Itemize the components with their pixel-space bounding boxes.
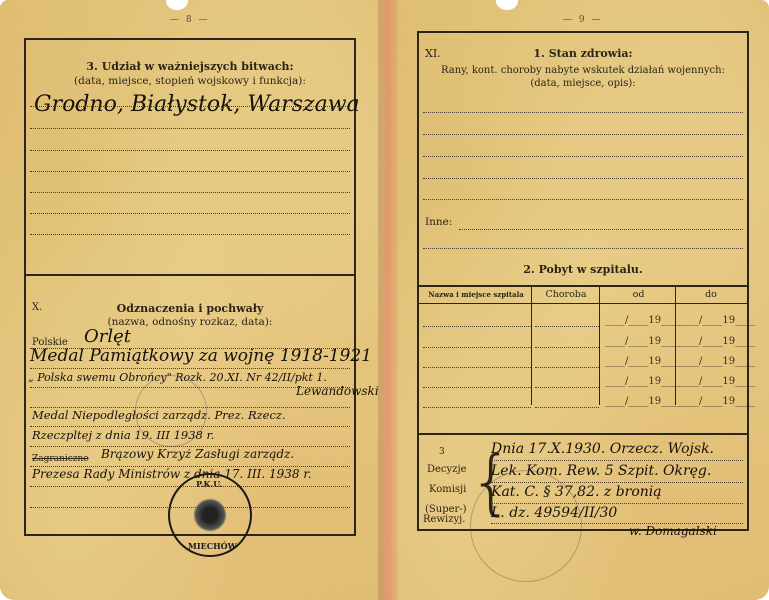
line — [535, 387, 599, 388]
faint-stamp-impression — [135, 375, 207, 447]
faint-stamp-impression — [470, 470, 582, 582]
line — [423, 156, 743, 157]
from-date-1: ____/____19____ — [605, 315, 681, 326]
col-divider — [531, 285, 532, 405]
to-date-2: ____/____19____ — [679, 336, 755, 347]
awards-title: Odznaczenia i pochwały — [26, 302, 354, 315]
line — [423, 248, 743, 249]
hospital-title: 2. Pobyt w szpitalu. — [419, 263, 747, 276]
to-date-1: ____/____19____ — [679, 315, 755, 326]
official-stamp: P.K.U. MIECHÓW — [168, 473, 252, 557]
binding-hole — [496, 0, 518, 10]
line — [423, 178, 743, 179]
to-date-5: ____/____19____ — [679, 396, 755, 407]
line — [30, 171, 350, 172]
section-divider — [419, 433, 747, 435]
commission-line-1: Dnia 17.X.1930. Orzecz. Wojsk. — [491, 441, 714, 457]
award-line-1: Orlęt — [84, 326, 131, 347]
col-header-hospital: Nazwa i miejsce szpitala — [421, 290, 531, 299]
award-line-6: Brązowy Krzyż Zasługi zarządz. — [101, 447, 294, 461]
page-number-right: — 9 — — [563, 15, 602, 25]
left-form-box: 3. Udział w ważniejszych bitwach: (data,… — [24, 38, 356, 536]
line — [30, 150, 350, 151]
battles-subtitle: (data, miejsce, stopień wojskowy i funkc… — [26, 75, 354, 87]
line — [30, 234, 350, 235]
commission-signature: w. Domagalski — [629, 524, 717, 538]
line — [423, 407, 531, 408]
award-line-7: Prezesa Rady Ministrów z dnia 17. III. 1… — [32, 467, 312, 481]
stamp-top-text: P.K.U. — [196, 479, 222, 489]
from-date-2: ____/____19____ — [605, 336, 681, 347]
line — [30, 368, 350, 369]
line — [30, 192, 350, 193]
line — [423, 326, 531, 327]
table-header-border — [419, 303, 747, 304]
line — [30, 106, 350, 107]
col-header-to: do — [676, 289, 746, 300]
col-divider — [599, 285, 600, 405]
line — [535, 367, 599, 368]
award-signature: Lewandowski — [296, 384, 379, 398]
line — [423, 387, 531, 388]
battles-handwritten: Grodno, Białystok, Warszawa — [34, 92, 360, 117]
line — [535, 347, 599, 348]
from-date-5: ____/____19____ — [605, 396, 681, 407]
commission-number: 3 — [439, 447, 445, 457]
page-number-left: — 8 — — [170, 15, 209, 25]
from-date-3: ____/____19____ — [605, 356, 681, 367]
section-divider — [26, 274, 354, 276]
award-line-2: Medal Pamiątkowy za wojnę 1918-1921 — [30, 346, 372, 366]
battles-title: 3. Udział w ważniejszych bitwach: — [26, 60, 354, 73]
line — [423, 347, 531, 348]
commission-label-1: Decyzje — [427, 464, 466, 475]
awards-subtitle: (nazwa, odnośny rozkaz, data): — [26, 316, 354, 328]
line — [423, 199, 743, 200]
line — [491, 460, 743, 461]
book-spine — [378, 0, 398, 600]
line — [423, 134, 743, 135]
table-top-border — [419, 285, 747, 287]
col-header-from: od — [601, 289, 676, 300]
health-title: 1. Stan zdrowia: — [419, 47, 747, 60]
right-form-box: XI. 1. Stan zdrowia: Rany, kont. choroby… — [417, 31, 749, 531]
to-date-4: ____/____19____ — [679, 376, 755, 387]
to-date-3: ____/____19____ — [679, 356, 755, 367]
line — [30, 128, 350, 129]
commission-label-2: Komisji — [429, 484, 466, 495]
left-page: — 8 — 3. Udział w ważniejszych bitwach: … — [0, 0, 385, 600]
right-page: — 9 — XI. 1. Stan zdrowia: Rany, kont. c… — [385, 0, 769, 600]
line — [459, 229, 743, 230]
from-date-4: ____/____19____ — [605, 376, 681, 387]
stamp-bottom-text: MIECHÓW — [188, 541, 237, 551]
foreign-label: Zagraniczne — [32, 454, 89, 464]
health-subtitle-2: (data, miejsce, opis): — [419, 78, 747, 89]
binding-hole — [166, 0, 188, 10]
line — [423, 112, 743, 113]
line — [535, 326, 599, 327]
other-label: Inne: — [425, 216, 452, 228]
eagle-emblem-icon — [193, 498, 227, 532]
line — [423, 367, 531, 368]
commission-label-4: Rewizyj. — [423, 514, 465, 525]
col-header-disease: Choroba — [533, 289, 599, 300]
line — [30, 213, 350, 214]
line — [535, 407, 599, 408]
health-subtitle-1: Rany, kont. choroby nabyte wskutek dział… — [419, 65, 747, 76]
